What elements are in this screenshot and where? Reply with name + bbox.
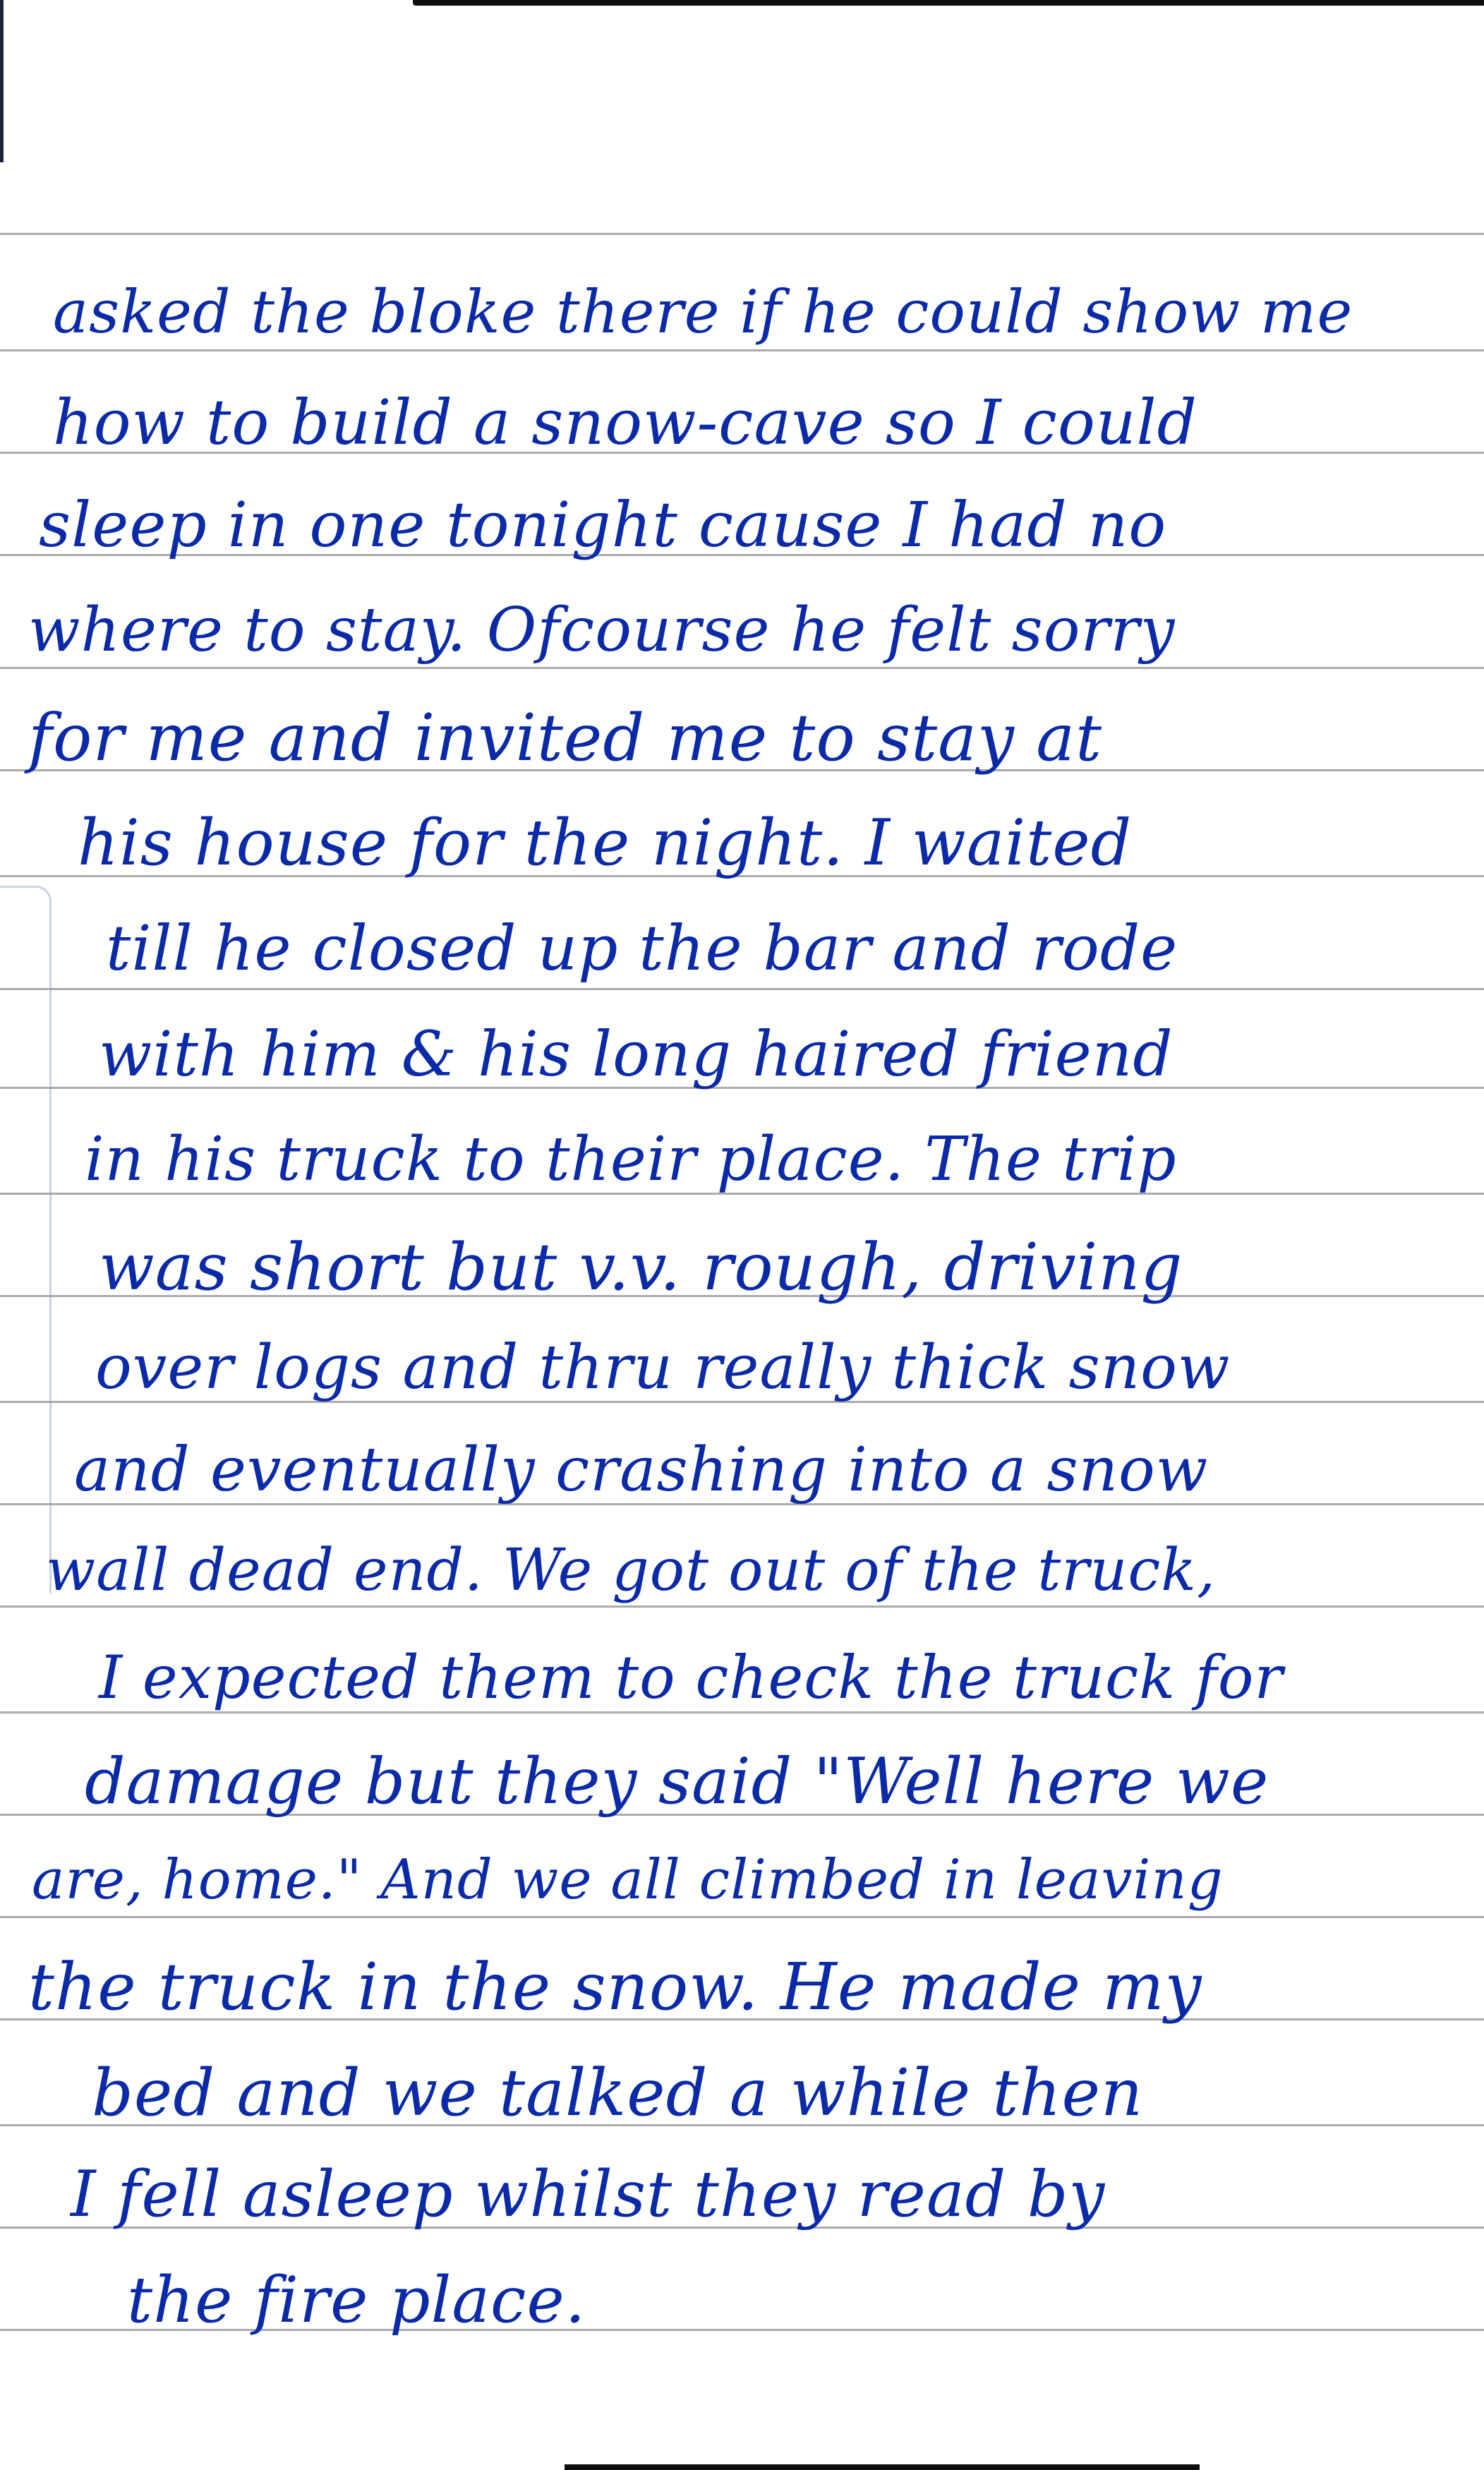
handwritten-line-8: with him & his long haired friend [99, 1023, 1174, 1085]
handwritten-line-6: his house for the night. I waited [78, 812, 1132, 875]
handwritten-line-18: bed and we talked a while then [92, 2061, 1143, 2126]
notebook-page: asked the bloke there if he could show m… [0, 0, 1484, 2470]
handwritten-line-20: the fire place. [127, 2269, 586, 2332]
handwritten-line-12: and eventually crashing into a snow [74, 1440, 1208, 1500]
handwritten-line-4: where to stay. Ofcourse he felt sorry [28, 600, 1175, 661]
handwritten-line-7: till he closed up the bar and rode [106, 917, 1178, 980]
handwritten-line-11: over logs and thru really thick snow [95, 1337, 1231, 1398]
handwritten-line-1: asked the bloke there if he could show m… [53, 282, 1353, 342]
handwritten-line-5: for me and invited me to stay at [28, 706, 1102, 771]
page-margin-tab [0, 886, 52, 1594]
handwritten-line-14: I expected them to check the truck for [99, 1648, 1284, 1707]
page-bottom-edge-shadow [565, 2464, 1200, 2470]
handwritten-line-17: the truck in the snow. He made my [28, 1955, 1202, 2020]
handwritten-line-10: was short but v.v. rough, driving [99, 1235, 1183, 1300]
ruled-line [0, 1605, 1484, 1608]
page-left-edge [0, 0, 4, 162]
ruled-line [0, 1916, 1484, 1918]
handwritten-line-13: wall dead end. We got out of the truck, [46, 1542, 1216, 1600]
ruled-line [0, 233, 1484, 235]
handwritten-line-3: sleep in one tonight cause I had no [39, 494, 1166, 556]
ruled-line [0, 349, 1484, 351]
ruled-line [0, 667, 1484, 669]
page-top-edge-shadow [413, 0, 1484, 6]
handwritten-line-9: in his truck to their place. The trip [85, 1129, 1177, 1190]
handwritten-line-15: damage but they said "Well here we [85, 1750, 1269, 1814]
handwritten-line-2: how to build a snow-cave so I could [53, 392, 1198, 454]
handwritten-line-16: are, home." And we all climbed in leavin… [32, 1852, 1224, 1908]
ruled-line [0, 988, 1484, 990]
handwritten-line-19: I fell asleep whilst they read by [71, 2163, 1105, 2227]
